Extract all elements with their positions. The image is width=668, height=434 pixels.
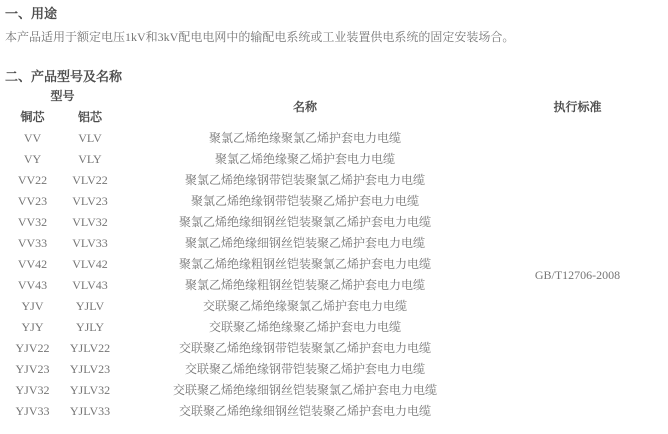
model-aluminum-cell: YJLV22 <box>60 338 120 359</box>
model-copper-cell: YJV <box>5 296 60 317</box>
standard-value-cell: GB/T12706-2008 <box>490 128 665 422</box>
product-name-cell: 聚氯乙烯绝缘聚乙烯护套电力电缆 <box>120 149 490 170</box>
usage-paragraph: 本产品适用于额定电压1kV和3kV配电电网中的输配电系统或工业装置供电系统的固定… <box>5 30 660 45</box>
model-aluminum-cell: VLV32 <box>60 212 120 233</box>
copper-core-header: 铜芯 <box>5 107 60 128</box>
model-copper-cell: YJV23 <box>5 359 60 380</box>
model-copper-cell: VV22 <box>5 170 60 191</box>
product-name-cell: 交联聚乙烯绝缘聚氯乙烯护套电力电缆 <box>120 296 490 317</box>
product-name-cell: 交联聚乙烯绝缘钢带铠装聚氯乙烯护套电力电缆 <box>120 338 490 359</box>
model-copper-cell: VV43 <box>5 275 60 296</box>
model-copper-cell: YJV32 <box>5 380 60 401</box>
product-table-header: 型号 名称 执行标准 铜芯 铝芯 <box>5 86 665 128</box>
models-heading: 二、产品型号及名称 <box>5 69 660 84</box>
name-column-header: 名称 <box>120 86 490 128</box>
product-name-cell: 交联聚乙烯绝缘钢带铠装聚乙烯护套电力电缆 <box>120 359 490 380</box>
product-name-cell: 交联聚乙烯绝缘聚乙烯护套电力电缆 <box>120 317 490 338</box>
model-copper-cell: VV <box>5 128 60 149</box>
model-aluminum-cell: YJLV32 <box>60 380 120 401</box>
model-aluminum-cell: YJLV33 <box>60 401 120 422</box>
model-copper-cell: YJY <box>5 317 60 338</box>
product-table-body: VVVLV聚氯乙烯绝缘聚氯乙烯护套电力电缆GB/T12706-2008VYVLY… <box>5 128 665 422</box>
product-name-cell: 交联聚乙烯绝缘细钢丝铠装聚氯乙烯护套电力电缆 <box>120 380 490 401</box>
product-table: 型号 名称 执行标准 铜芯 铝芯 VVVLV聚氯乙烯绝缘聚氯乙烯护套电力电缆GB… <box>5 86 665 422</box>
table-row: VVVLV聚氯乙烯绝缘聚氯乙烯护套电力电缆GB/T12706-2008 <box>5 128 665 149</box>
model-aluminum-cell: YJLY <box>60 317 120 338</box>
product-name-cell: 聚氯乙烯绝缘钢带铠装聚氯乙烯护套电力电缆 <box>120 170 490 191</box>
standard-column-header: 执行标准 <box>490 86 665 128</box>
model-aluminum-cell: YJLV23 <box>60 359 120 380</box>
model-copper-cell: YJV22 <box>5 338 60 359</box>
section-models: 二、产品型号及名称 型号 名称 执行标准 铜芯 铝芯 VVVLV聚氯乙烯绝缘 <box>5 69 660 422</box>
model-copper-cell: VY <box>5 149 60 170</box>
model-aluminum-cell: VLV22 <box>60 170 120 191</box>
product-name-cell: 交联聚乙烯绝缘细钢丝铠装聚乙烯护套电力电缆 <box>120 401 490 422</box>
usage-heading: 一、用途 <box>5 6 660 21</box>
product-name-cell: 聚氯乙烯绝缘细钢丝铠装聚氯乙烯护套电力电缆 <box>120 212 490 233</box>
model-copper-cell: YJV33 <box>5 401 60 422</box>
product-name-cell: 聚氯乙烯绝缘粗钢丝铠装聚乙烯护套电力电缆 <box>120 275 490 296</box>
model-copper-cell: VV42 <box>5 254 60 275</box>
product-name-cell: 聚氯乙烯绝缘钢带铠装聚乙烯护套电力电缆 <box>120 191 490 212</box>
model-copper-cell: VV33 <box>5 233 60 254</box>
model-aluminum-cell: VLY <box>60 149 120 170</box>
product-name-cell: 聚氯乙烯绝缘聚氯乙烯护套电力电缆 <box>120 128 490 149</box>
product-name-cell: 聚氯乙烯绝缘细钢丝铠装聚乙烯护套电力电缆 <box>120 233 490 254</box>
model-copper-cell: VV32 <box>5 212 60 233</box>
aluminum-core-header: 铝芯 <box>60 107 120 128</box>
model-aluminum-cell: VLV42 <box>60 254 120 275</box>
model-copper-cell: VV23 <box>5 191 60 212</box>
document-page: 一、用途 本产品适用于额定电压1kV和3kV配电电网中的输配电系统或工业装置供电… <box>0 0 668 422</box>
product-name-cell: 聚氯乙烯绝缘粗钢丝铠装聚氯乙烯护套电力电缆 <box>120 254 490 275</box>
model-aluminum-cell: VLV43 <box>60 275 120 296</box>
model-aluminum-cell: VLV33 <box>60 233 120 254</box>
model-group-header: 型号 <box>5 86 120 107</box>
header-row-model-group: 型号 名称 执行标准 <box>5 86 665 107</box>
section-usage: 一、用途 本产品适用于额定电压1kV和3kV配电电网中的输配电系统或工业装置供电… <box>5 6 660 45</box>
model-aluminum-cell: VLV <box>60 128 120 149</box>
model-aluminum-cell: VLV23 <box>60 191 120 212</box>
model-aluminum-cell: YJLV <box>60 296 120 317</box>
